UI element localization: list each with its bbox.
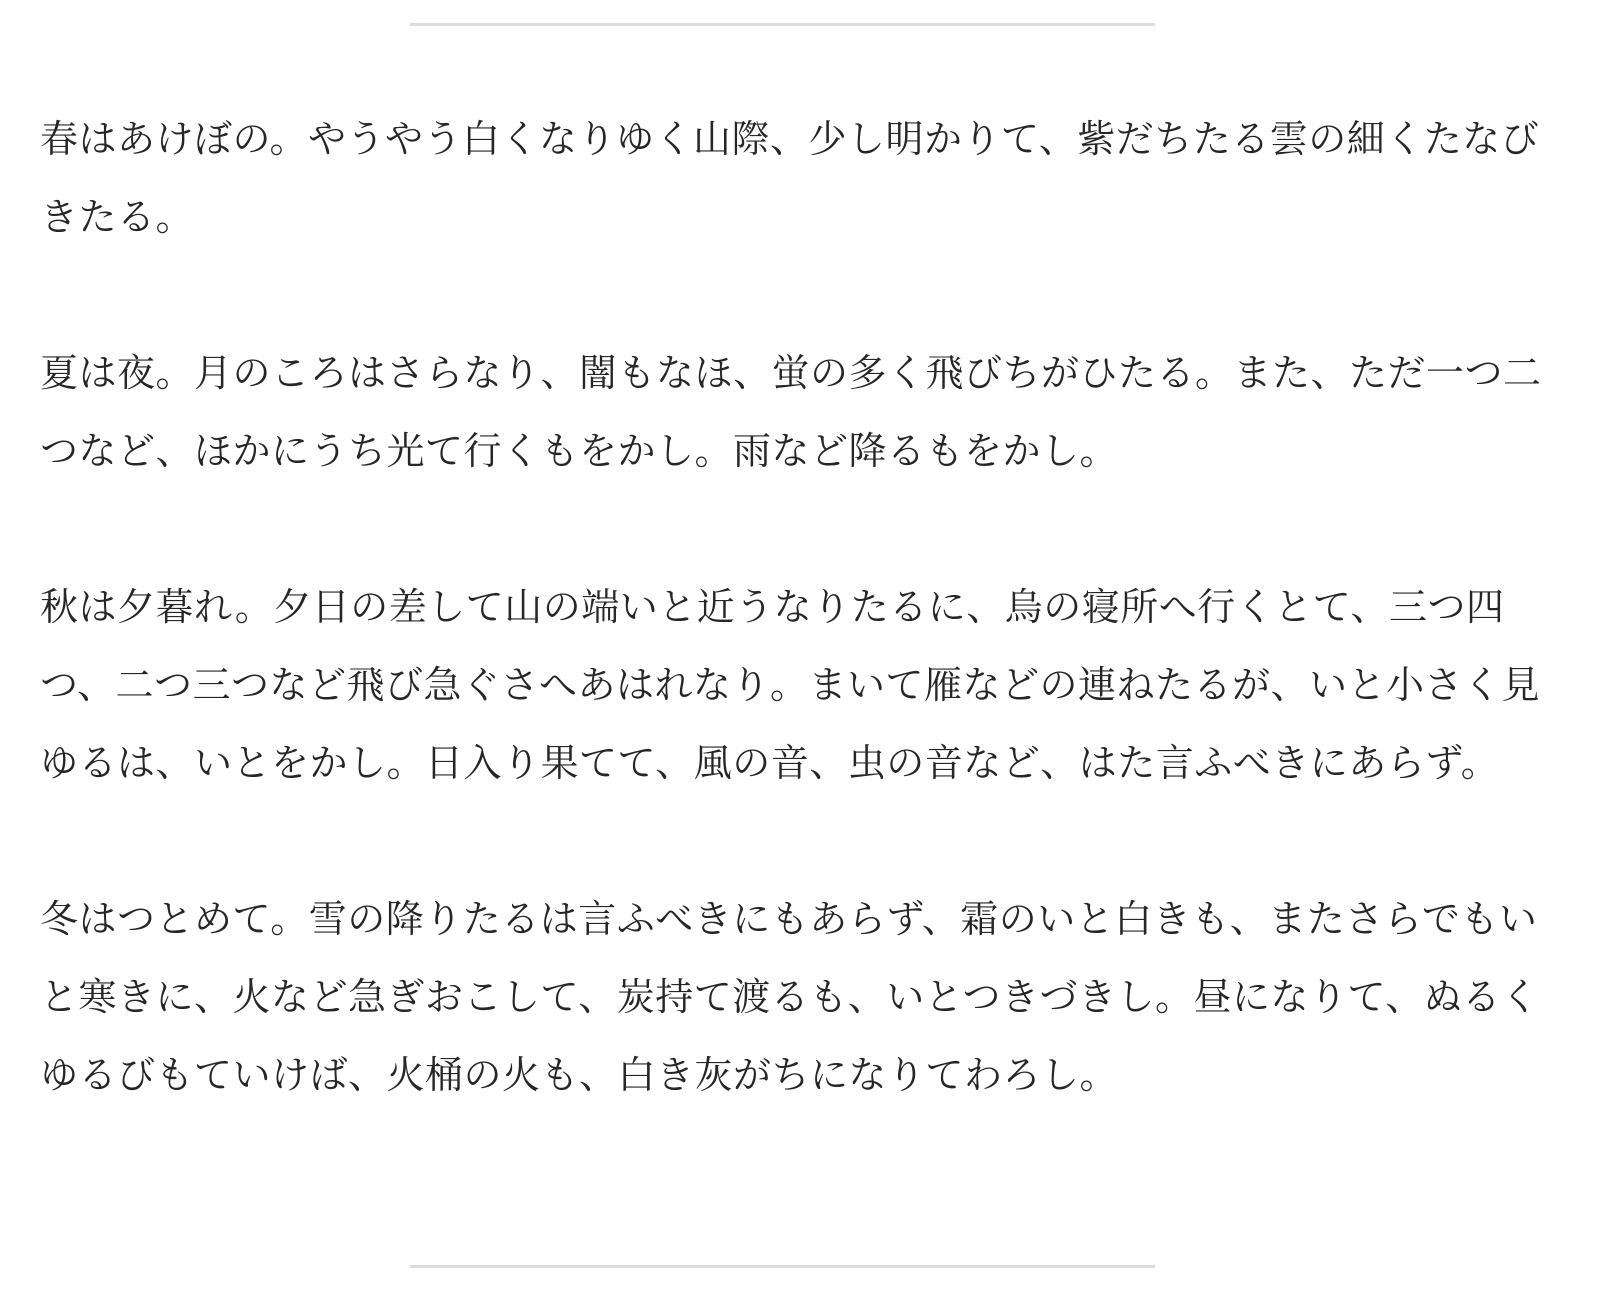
top-divider <box>410 23 1155 26</box>
paragraph-summer: 夏は夜。月のころはさらなり、闇もなほ、蛍の多く飛びちがひたる。また、ただ一つ二つ… <box>40 334 1560 490</box>
paragraph-autumn: 秋は夕暮れ。夕日の差して山の端いと近うなりたるに、烏の寝所へ行くとて、三つ四つ、… <box>40 568 1560 802</box>
paragraph-winter: 冬はつとめて。雪の降りたるは言ふべきにもあらず、霜のいと白きも、またさらでもいと… <box>40 880 1560 1114</box>
paragraph-spring: 春はあけぼの。やうやう白くなりゆく山際、少し明かりて、紫だちたる雲の細くたなびき… <box>40 100 1560 256</box>
document-body: 春はあけぼの。やうやう白くなりゆく山際、少し明かりて、紫だちたる雲の細くたなびき… <box>40 100 1560 1114</box>
bottom-divider <box>410 1265 1155 1268</box>
